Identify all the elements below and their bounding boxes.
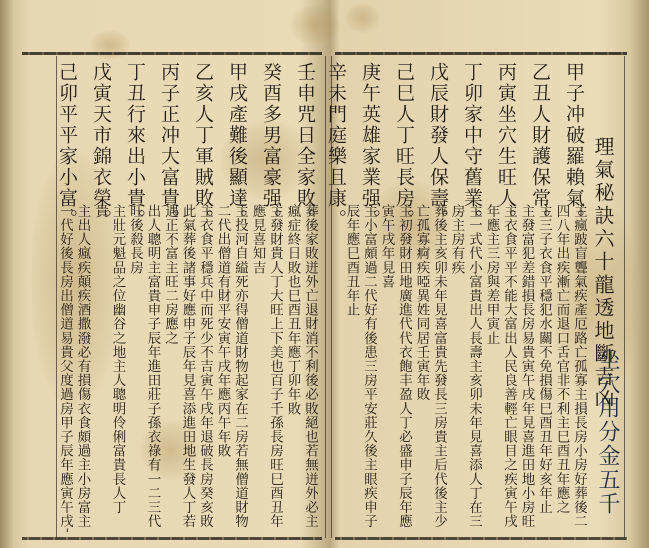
right-margin-line [624, 56, 625, 538]
bottom-border [335, 537, 627, 540]
commentary-column: 葬後家敗迸外亡退財消不利後必敗絕也若無迸外必主 [302, 204, 318, 532]
commentary-column: 瘋症終日敗也巳酉丑年應丁卯年敗 [285, 204, 301, 532]
commentary-column: 年應主三房與差甲寅止 [484, 204, 500, 532]
top-border [335, 52, 627, 55]
commentary-column: 葬後主亥卯未年見喜富貴先發長三房貴主后代後主少 [431, 204, 447, 532]
commentary-column: 主出人瘋疾顛疾酒撒潑必有損傷衣食頗過主小房富主 [75, 204, 91, 532]
commentary-column: 出人聰明主富貴申子辰年進田莊子孫衣祿有一二三代 [145, 204, 161, 532]
bottom-border [22, 537, 322, 540]
commentary-column: 貴 [92, 204, 108, 532]
commentary-column: 遇正不富主旺二房應之 [162, 204, 178, 532]
commentary-column: 寅午戌年見喜 [379, 204, 395, 532]
commentary-column: 主三子衣食平穩犯水關不免損傷巳酉丑年好亥年止 [536, 204, 552, 532]
commentary-column: 一代好後長房出僧道易貴父度過房甲子辰年應寅午戌止 [57, 204, 73, 532]
commentary-column: 主發富犯差錯損長房易貴寅午戌年見喜進田地小房旺 [519, 204, 535, 532]
right-page: 理氣秘訣六十龍透地斷吉凶 坐穴用分金五千 甲子冲破羅賴氣。 乙丑人財護保常。 丙… [335, 56, 627, 538]
commentary-column: 主衣食平穩兵中而死少不吉寅午戌年退破長房癸亥敗 [197, 204, 213, 532]
commentary-column: 旺後殺長房 [127, 204, 143, 532]
commentary-column: 主發財貴人丁大旺上下美也百子千孫長房旺巳酉丑年 [267, 204, 283, 532]
commentary-column: 主小富頗過二代好有後患三房平安莊久後主眼疾申子 [361, 204, 377, 532]
commentary-column: 主投河自縊死亦得僧道財物起家在二房若無僧道財物 [232, 204, 248, 532]
commentary-column: 主一式代小富貴出人長壽主亥卯未年見喜添人丁在三 [466, 204, 482, 532]
commentary-column: 應見喜知吉 [250, 204, 266, 532]
handwritten-annotation: 坐穴用分金五千 [595, 348, 619, 538]
commentary-column: 主衣食平平不能大富出人民良善輕亡眼目之疾寅午戌 [501, 204, 517, 532]
left-page: 壬申咒日全家敗。 癸酉多男富豪强。 甲戌產難後顯達。 乙亥人丁軍賊敗。 丙子正冲… [22, 56, 322, 538]
water-stain [345, 3, 380, 33]
water-stain [290, 5, 340, 45]
commentary-column: 主初發財田地廣進代代衣飽丰盈人丁必盛申子辰年應 [396, 204, 412, 532]
commentary-column: 四八年出疾漸亡而退口舌官非不利主巳酉丑年應之 [554, 204, 570, 532]
commentary-column: 主瘋跛盲聾氣疾產厄路亡孤寡主損長房小房好葬後二 [571, 204, 587, 532]
book-spread: 壬申咒日全家敗。 癸酉多男富豪强。 甲戌產難後顯達。 乙亥人丁軍賊敗。 丙子正冲… [0, 0, 649, 548]
top-border [22, 52, 322, 55]
commentary-block: 主瘋跛盲聾氣疾產厄路亡孤寡主損長房小房好葬後二 四八年出疾漸亡而退口舌官非不利主… [344, 204, 588, 532]
commentary-column: 二代出僧道有財平安寅午戌年應丙午年敗 [215, 204, 231, 532]
commentary-column: 房主房有疾 [449, 204, 465, 532]
commentary-column: 此氣葬後諸事好應申子辰年見喜添進田地生發人丁若 [180, 204, 196, 532]
commentary-column: 主壯元魁品之位幽谷之地主人聰明伶俐富貴長人丁 [110, 204, 126, 532]
commentary-column: 亡孤寡痾疾啞異姓同居壬寅年敗 [414, 204, 430, 532]
commentary-block: 葬後家敗迸外亡退財消不利後必敗絕也若無迸外必主 瘋症終日敗也巳酉丑年應丁卯年敗 … [57, 204, 318, 532]
commentary-column: 辰年應巳酉丑年止 [344, 204, 360, 532]
